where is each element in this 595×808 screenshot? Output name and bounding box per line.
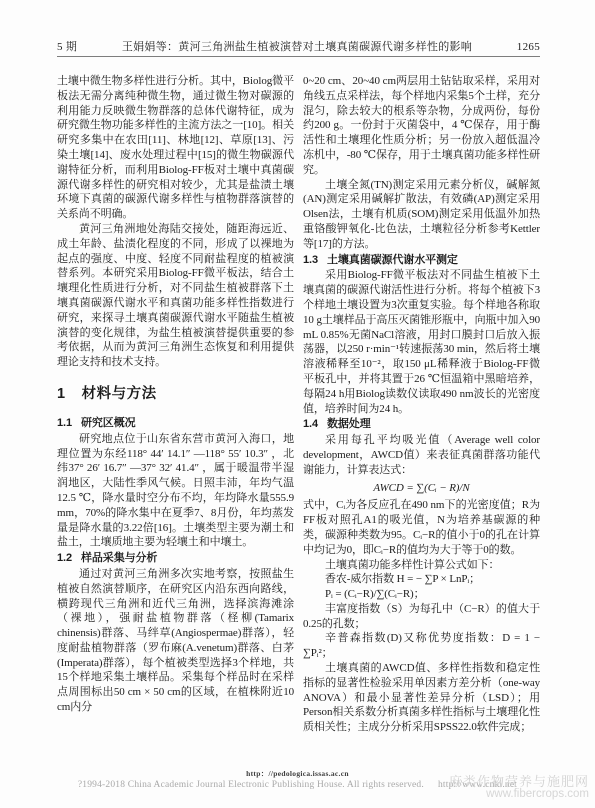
heading-title: 材料与方法 <box>82 386 157 402</box>
paragraph: 0~20 cm、20~40 cm两层用土钻钻取采样，采用对角线五点采样法，每个样… <box>303 74 540 178</box>
paragraph: 辛普森指数(D)又称优势度指数：D = 1 − ∑Pᵢ²； <box>303 631 540 661</box>
watermark-text: 麻类作物营养与施肥网 <box>449 775 589 788</box>
heading-number: 1 <box>57 386 66 402</box>
subsection-heading: 1.2样品采集与分析 <box>57 551 294 566</box>
heading-title: 数据处理 <box>327 418 371 430</box>
watermark-url: www.fibercrops.com <box>449 788 589 801</box>
paragraph: 土壤真菌功能多样性计算公式如下： <box>303 558 540 573</box>
header-rule <box>57 56 540 57</box>
section-heading: 1材料与方法 <box>57 385 294 403</box>
paragraph: 式中，Cᵢ为各反应孔在490 nm下的光密度值；R为FF板对照孔A1的吸光值，N… <box>303 498 540 557</box>
heading-title: 土壤真菌碳源代谢水平测定 <box>327 254 458 266</box>
paragraph: 丰富度指数（S）为每孔中（C−R）的值大于0.25的孔数； <box>303 602 540 632</box>
paragraph: 采用Biolog-FF微平板法对不同盐生植被下土壤真菌的碳源代谢活性进行分析。将… <box>303 268 540 416</box>
heading-title: 研究区概况 <box>81 417 136 429</box>
paragraph: 通过对黄河三角洲多次实地考察，按照盐生植被自然演替顺序，在研究区内沿东西向路线，… <box>57 567 294 715</box>
heading-number: 1.4 <box>303 418 318 430</box>
subsection-heading: 1.1研究区概况 <box>57 416 294 431</box>
paper-page: 5 期 王娟娟等：黄河三角洲盐生植被演替对土壤真菌碳源代谢多样性的影响 1265… <box>0 0 595 808</box>
paragraph: Pᵢ = (Cᵢ−R)/∑(Cᵢ−R)； <box>303 587 540 602</box>
issue-label: 5 期 <box>57 38 77 54</box>
watermark: 麻类作物营养与施肥网 www.fibercrops.com <box>449 775 589 801</box>
heading-title: 样品采集与分析 <box>81 552 157 564</box>
paragraph: 土壤真菌的AWCD值、多样性指数和稳定性指标的显著性检验采用单因素方差分析（on… <box>303 661 540 735</box>
heading-number: 1.1 <box>57 417 72 429</box>
paragraph: 采用每孔平均吸光值（Average well color development… <box>303 433 540 477</box>
page-body: 土壤中微生物多样性进行分析。其中，Biolog微平板法无需分离纯种微生物，通过微… <box>57 74 540 746</box>
paragraph: 黄河三角洲地处海陆交接处，随距海远近、成土年龄、盐渍化程度的不同，形成了以裸地为… <box>57 222 294 370</box>
subsection-heading: 1.3土壤真菌碳源代谢水平测定 <box>303 253 540 268</box>
paragraph: 土壤全氮(TN)测定采用元素分析仪，碱解氮(AN)测定采用碱解扩散法，有效磷(A… <box>303 178 540 252</box>
right-column: 0~20 cm、20~40 cm两层用土钻钻取采样，采用对角线五点采样法，每个样… <box>303 74 540 746</box>
paragraph: 研究地点位于山东省东营市黄河入海口，地理位置为东经118° 44′ 14.1″ … <box>57 432 294 550</box>
running-title: 王娟娟等：黄河三角洲盐生植被演替对土壤真菌碳源代谢多样性的影响 <box>77 38 517 54</box>
paragraph: 土壤中微生物多样性进行分析。其中，Biolog微平板法无需分离纯种微生物，通过微… <box>57 74 294 222</box>
heading-number: 1.2 <box>57 552 72 564</box>
left-column: 土壤中微生物多样性进行分析。其中，Biolog微平板法无需分离纯种微生物，通过微… <box>57 74 294 746</box>
subsection-heading: 1.4数据处理 <box>303 417 540 432</box>
copyright-text: ?1994-2018 China Academic Journal Electr… <box>78 780 424 790</box>
heading-number: 1.3 <box>303 254 318 266</box>
paragraph: 香农-威尔指数 H = − ∑P × LnPᵢ； <box>303 572 540 587</box>
page-header: 5 期 王娟娟等：黄河三角洲盐生植被演替对土壤真菌碳源代谢多样性的影响 1265 <box>57 38 540 54</box>
page-number: 1265 <box>517 41 540 53</box>
formula: AWCD = ∑(Cᵢ − R)/N <box>303 481 540 496</box>
